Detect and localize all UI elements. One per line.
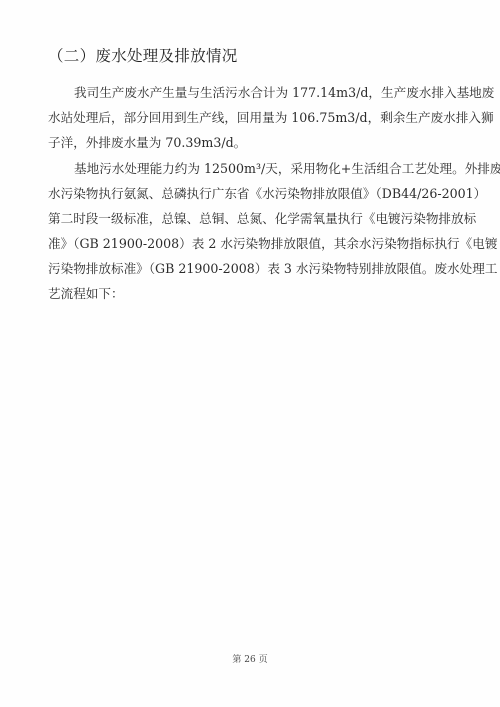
section-title: （二）废水处理及排放情况 xyxy=(48,44,238,66)
text-line: 我司生产废水产生量与生活污水合计为 177.14m3/d，生产废水排入基地废 xyxy=(48,80,452,105)
text-line: 污染物排放标准》（GB 21900-2008）表 3 水污染物特别排放限值。废水… xyxy=(48,256,452,281)
text-line: 水污染物执行氨氮、总磷执行广东省《水污染物排放限值》（DB44/26-2001） xyxy=(48,181,452,206)
text-line: 第二时段一级标准，总镍、总铜、总氮、化学需氧量执行《电镀污染物排放标 xyxy=(48,206,452,231)
document-page: （二）废水处理及排放情况 我司生产废水产生量与生活污水合计为 177.14m3/… xyxy=(0,0,500,707)
text-line: 子洋，外排废水量为 70.39m3/d。 xyxy=(48,130,452,155)
paragraph-treatment-standards: 基地污水处理能力约为 12500m³/天，采用物化+生活组合工艺处理。外排废 水… xyxy=(48,156,452,306)
text-line: 准》（GB 21900-2008）表 2 水污染物排放限值，其余水污染物指标执行… xyxy=(48,231,452,256)
page-number: 第 26 页 xyxy=(0,652,500,665)
text-line: 水站处理后，部分回用到生产线，回用量为 106.75m3/d，剩余生产废水排入狮 xyxy=(48,105,452,130)
paragraph-wastewater-volume: 我司生产废水产生量与生活污水合计为 177.14m3/d，生产废水排入基地废 水… xyxy=(48,80,452,155)
text-line: 艺流程如下： xyxy=(48,281,452,306)
text-line: 基地污水处理能力约为 12500m³/天，采用物化+生活组合工艺处理。外排废 xyxy=(48,156,452,181)
